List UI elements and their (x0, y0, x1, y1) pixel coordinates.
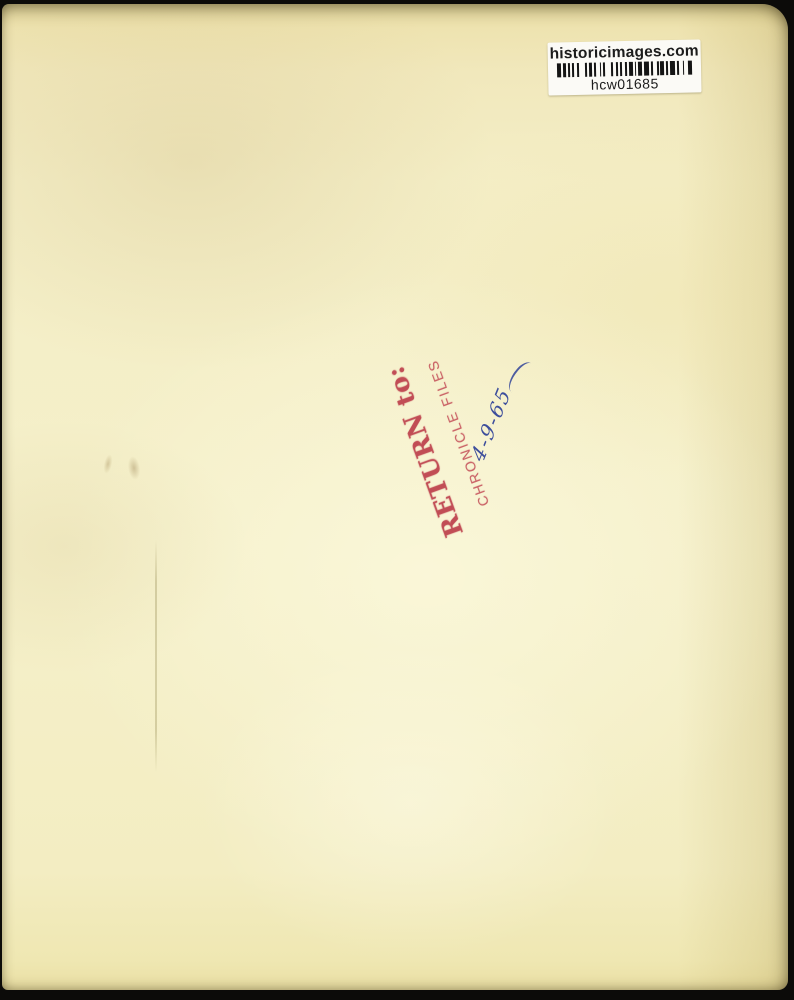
sticker-inventory-code: hcw01685 (548, 74, 701, 93)
inventory-sticker: historicimages.com hcw01685 (547, 39, 701, 95)
smudge-mark (102, 453, 114, 474)
scanned-photo-back: historicimages.com hcw01685 RETURN to: C… (0, 0, 794, 1000)
smudge-mark (126, 455, 141, 480)
sticker-website-text: historicimages.com (548, 42, 701, 62)
photo-paper: historicimages.com hcw01685 RETURN to: C… (2, 4, 788, 990)
pen-flourish-stroke (503, 359, 534, 393)
barcode-icon (555, 61, 693, 78)
crease-line (155, 540, 157, 772)
handwritten-date: 4-9-65 (464, 379, 518, 468)
